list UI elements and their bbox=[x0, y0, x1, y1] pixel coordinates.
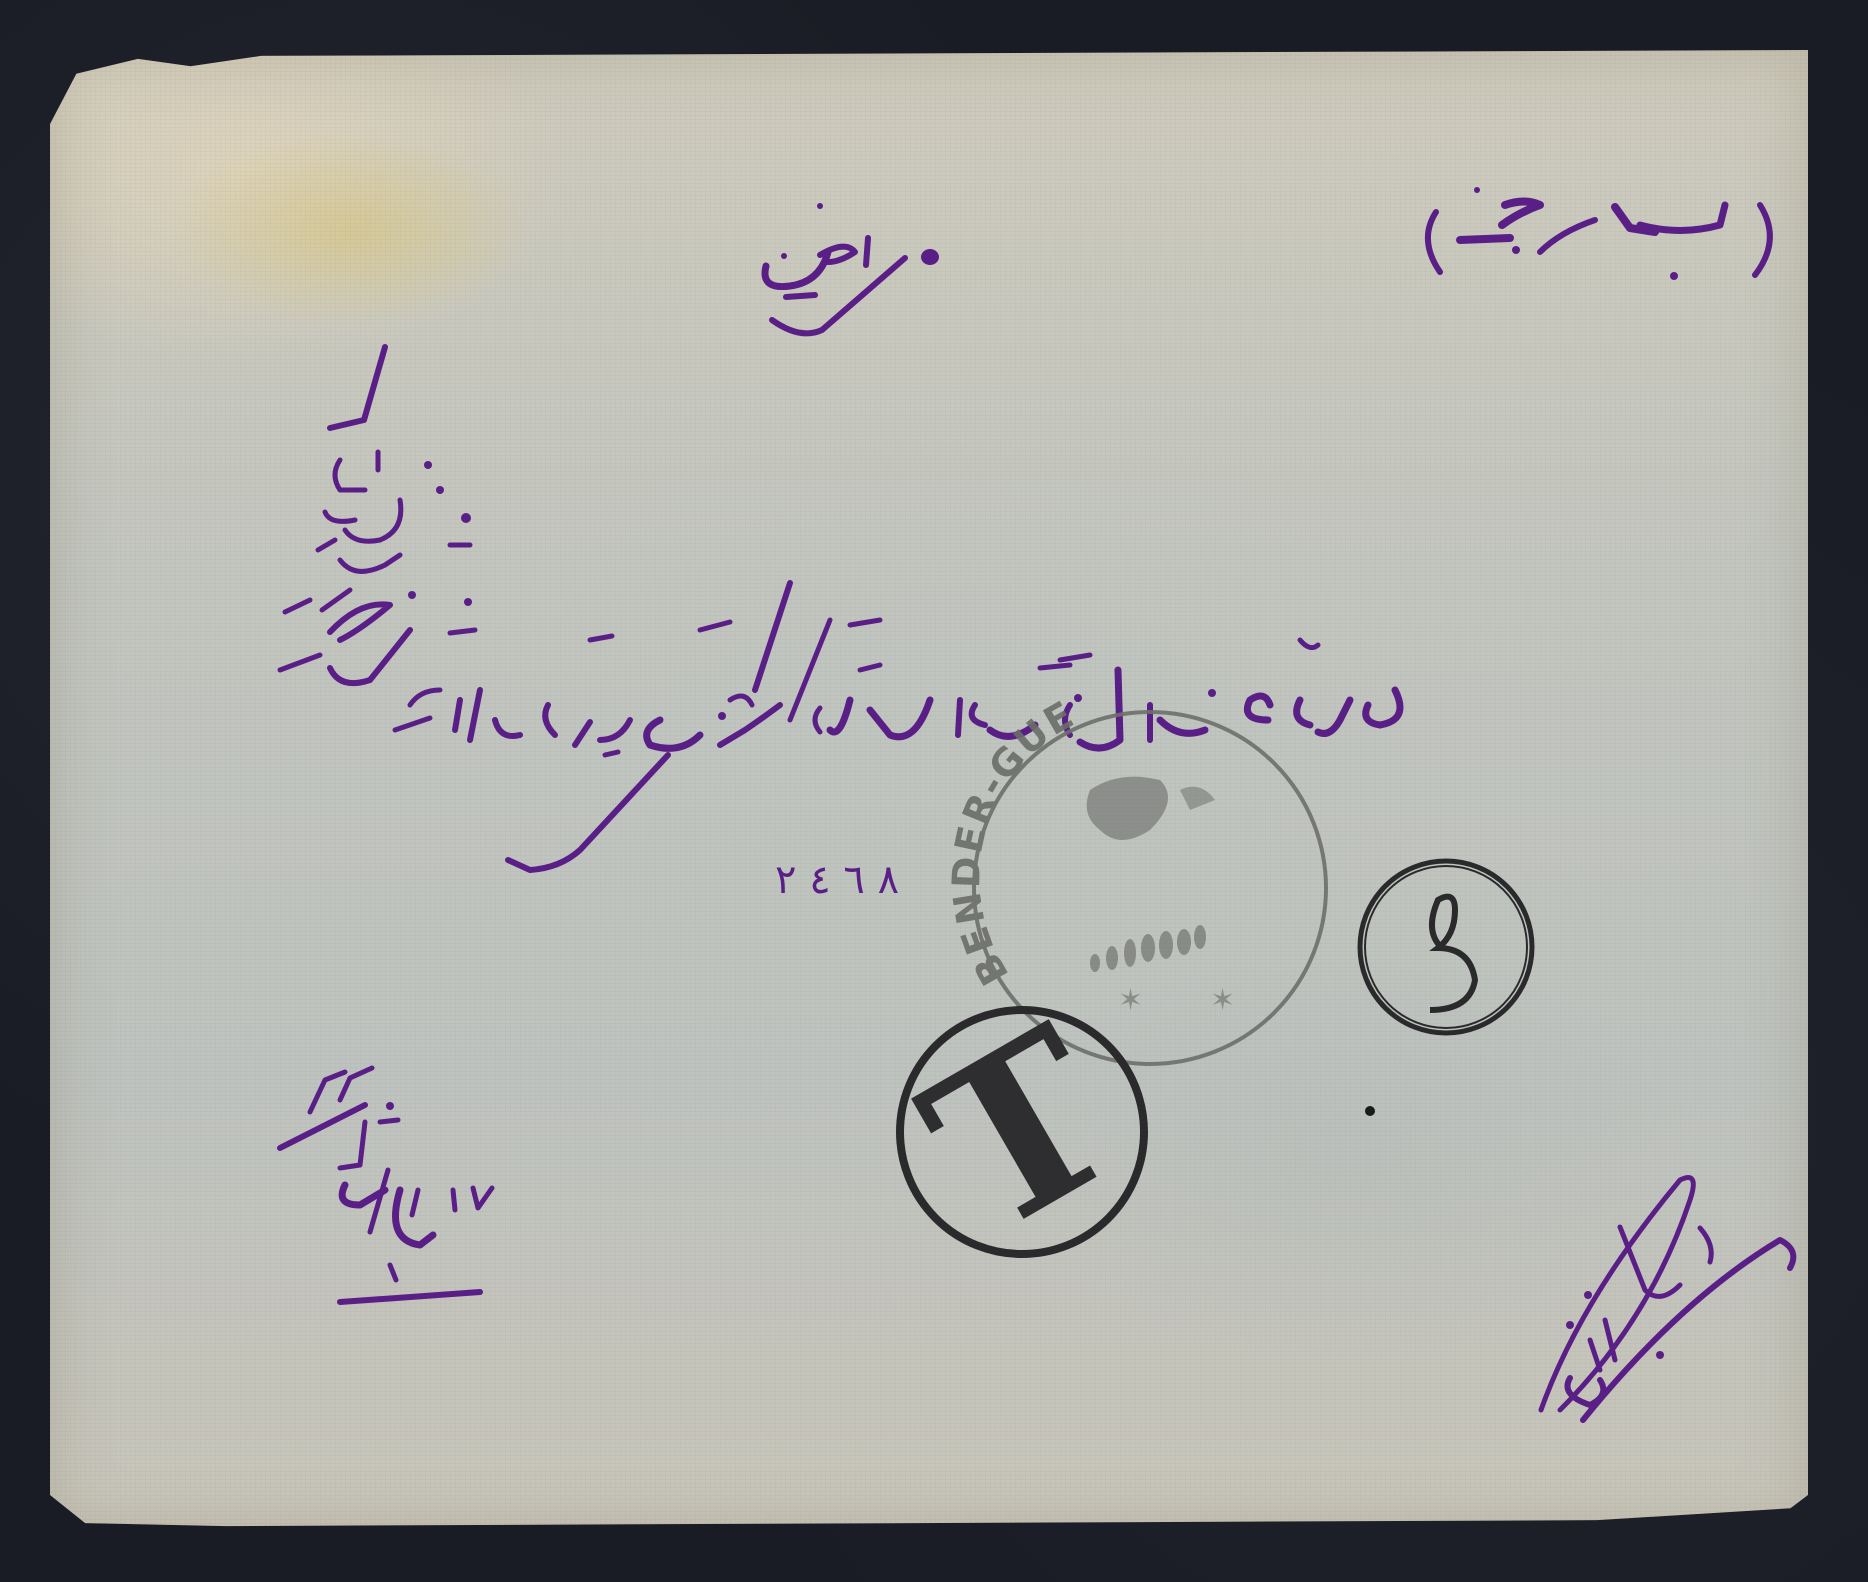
svg-text:✶: ✶ bbox=[1210, 983, 1235, 1018]
top-center-note bbox=[765, 203, 939, 333]
ink-layer: ٨ ٦ ٤ ٢ BENDER-GUE ✶ ✶ T bbox=[0, 0, 1868, 1582]
numerals-text: ٨ ٦ ٤ ٢ bbox=[775, 857, 899, 903]
ink-dot bbox=[1365, 1106, 1375, 1116]
address-line bbox=[395, 583, 1400, 870]
numerals-line: ٨ ٦ ٤ ٢ bbox=[775, 857, 899, 903]
date-note bbox=[280, 1068, 492, 1302]
tax-t-stamp: T bbox=[886, 978, 1157, 1284]
svg-text:✶: ✶ bbox=[1118, 983, 1143, 1018]
left-vertical-note bbox=[280, 347, 472, 683]
registration-note bbox=[1428, 187, 1770, 280]
postmark-town-text: BENDER-GUE bbox=[944, 692, 1082, 993]
circled-number-stamp bbox=[1360, 861, 1532, 1033]
svg-text:BENDER-GUE: BENDER-GUE bbox=[944, 692, 1082, 993]
tax-t-letter: T bbox=[886, 978, 1157, 1284]
signature bbox=[1541, 1178, 1793, 1421]
